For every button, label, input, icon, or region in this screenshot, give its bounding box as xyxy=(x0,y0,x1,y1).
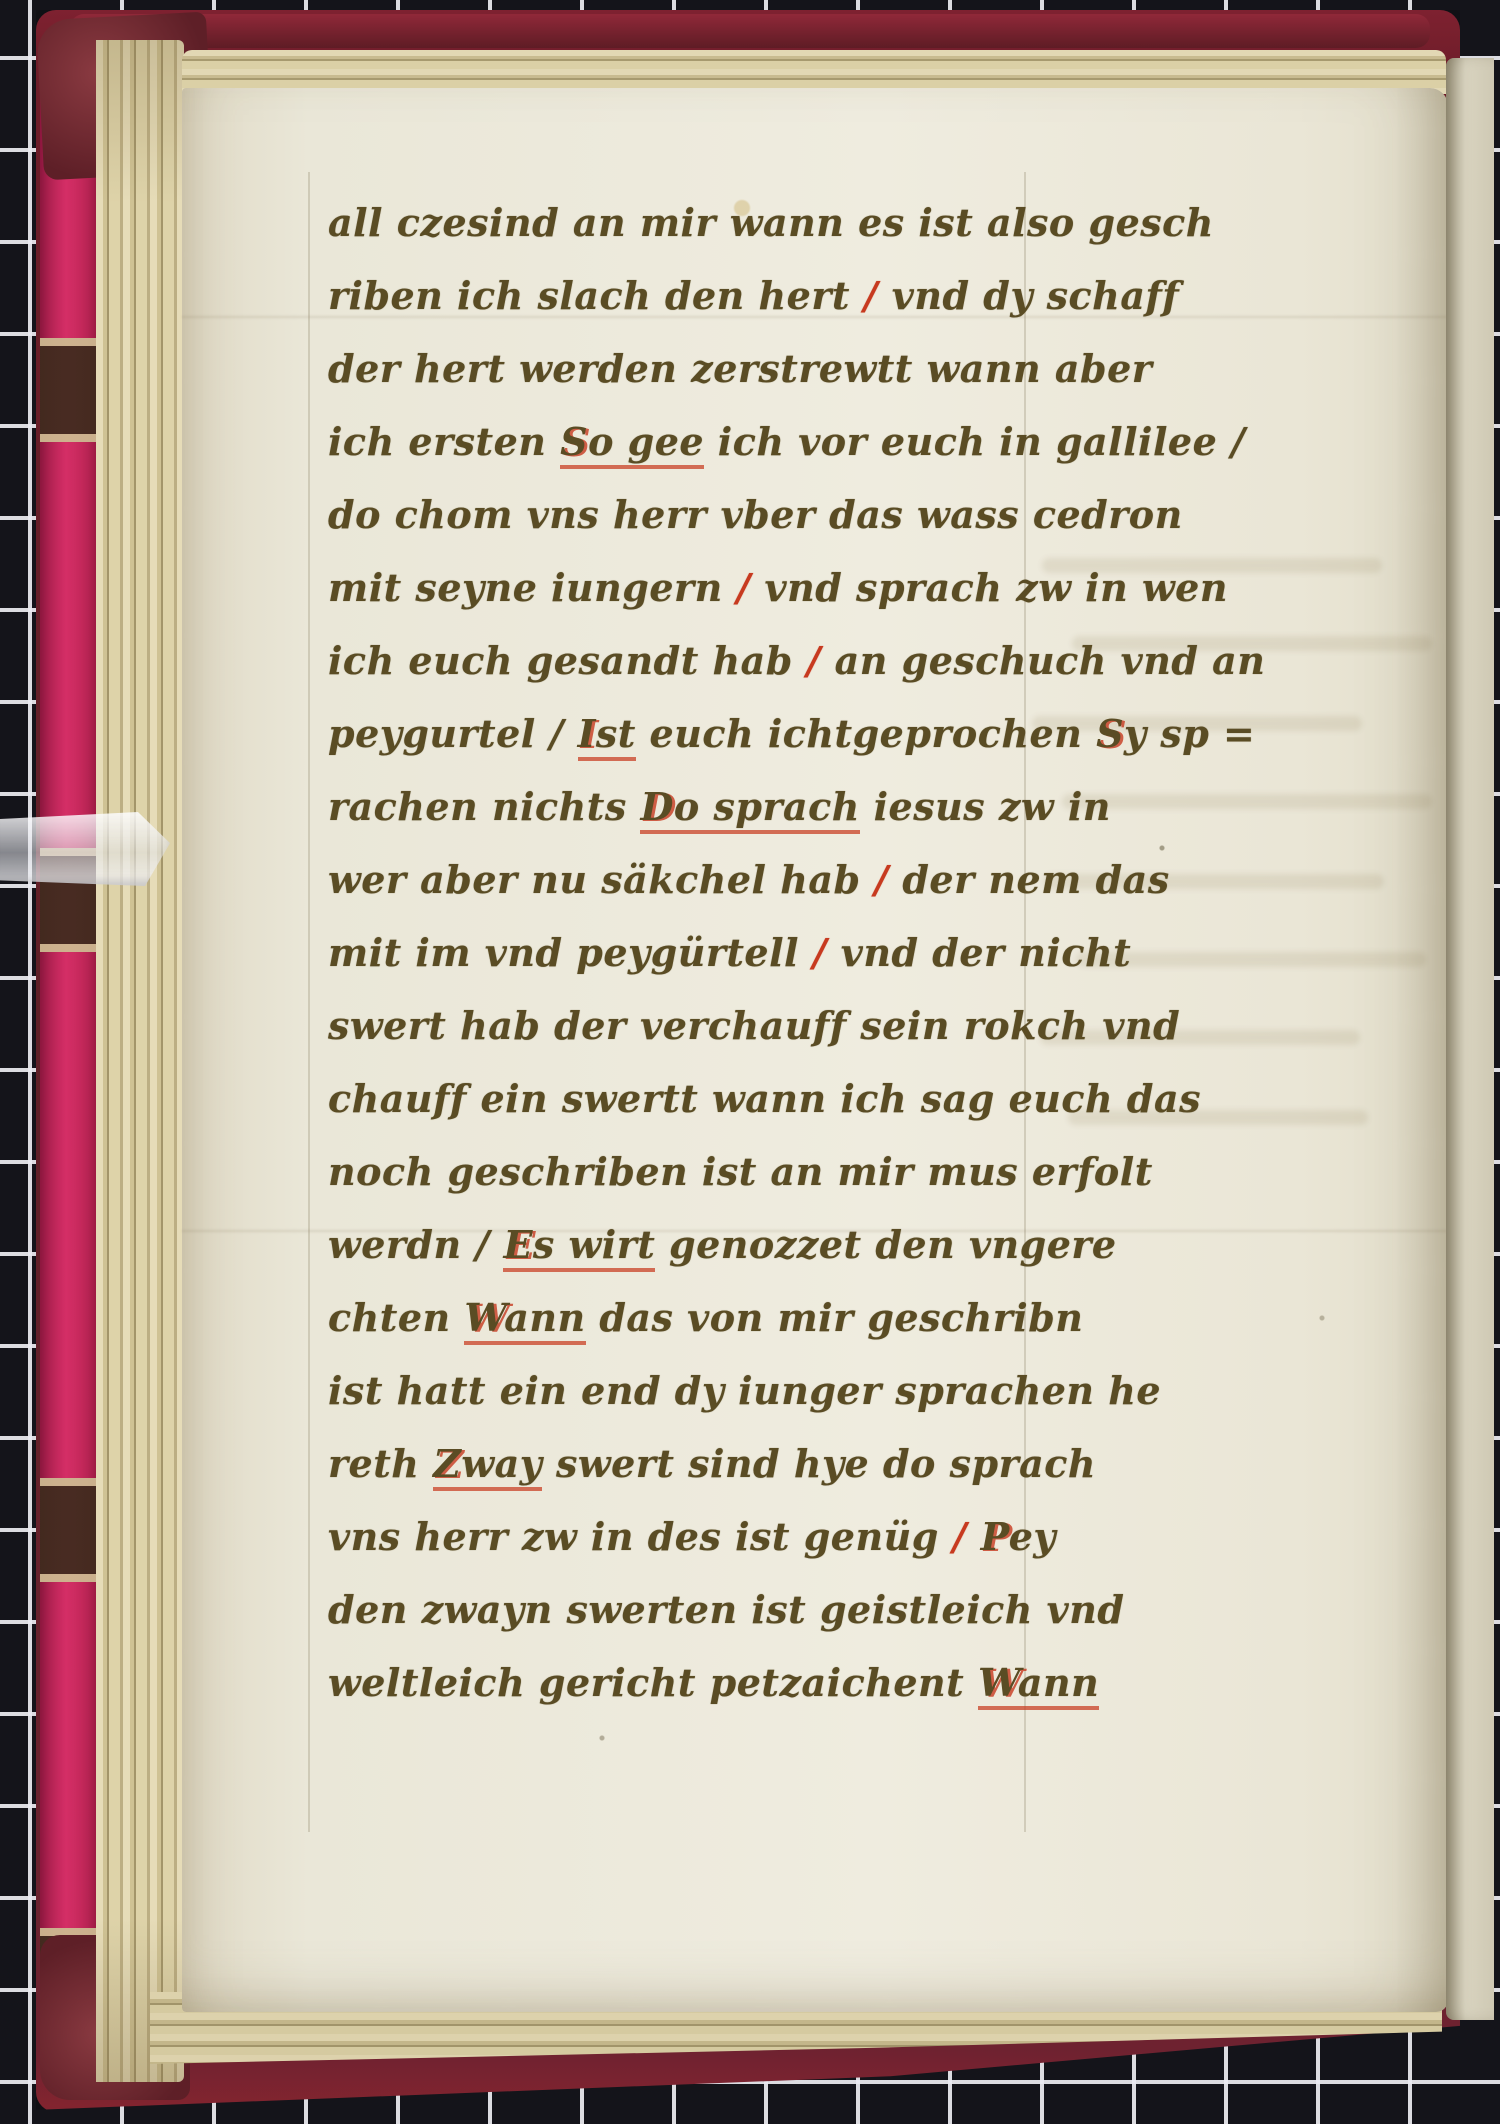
text-segment: iesus zw in xyxy=(860,784,1111,829)
text-segment: way xyxy=(461,1441,542,1491)
manuscript-text-line: ist hatt ein end dy iunger sprachen he xyxy=(328,1354,1058,1427)
text-segment: W xyxy=(978,1660,1018,1710)
manuscript-text-line: mit seyne iungern / vnd sprach zw in wen xyxy=(328,551,1058,624)
book-cover-top-edge xyxy=(70,14,1430,48)
text-segment: / xyxy=(850,273,892,318)
text-segment: werdn / xyxy=(328,1222,503,1267)
text-segment: o sprach xyxy=(674,784,860,834)
manuscript-text-line: riben ich slach den hert / vnd dy schaff xyxy=(328,259,1058,332)
text-segment: riben ich slach den hert xyxy=(328,273,850,318)
manuscript-text-line: ich ersten So gee ich vor euch in gallil… xyxy=(328,405,1058,478)
text-segment: ann xyxy=(504,1295,585,1345)
text-segment: den zwayn swerten ist geistleich vnd xyxy=(328,1587,1124,1632)
text-segment: Z xyxy=(433,1441,461,1491)
text-segment: mit im vnd peygürtell xyxy=(328,930,799,975)
text-segment: vnd dy schaff xyxy=(892,273,1179,318)
manuscript-text-line: den zwayn swerten ist geistleich vnd xyxy=(328,1573,1058,1646)
text-segment: do chom vns herr vber das wass cedron xyxy=(328,492,1183,537)
text-segment: wer aber nu säkchel hab xyxy=(328,857,861,902)
text-segment: s wirt xyxy=(533,1222,655,1272)
spine-raised-band xyxy=(40,338,98,442)
manuscript-text-line: chten Wann das von mir geschribn xyxy=(328,1281,1058,1354)
text-segment: I xyxy=(578,711,596,761)
text-segment: genozzet den vngere xyxy=(655,1222,1116,1267)
text-segment: mit seyne iungern xyxy=(328,565,723,610)
text-segment: / xyxy=(723,565,765,610)
text-segment: swert hab der verchauff sein rokch vnd xyxy=(328,1003,1180,1048)
facing-page-edge xyxy=(1446,58,1494,2020)
manuscript-text-line: reth Zway swert sind hye do sprach xyxy=(328,1427,1058,1500)
text-segment: reth xyxy=(328,1441,433,1486)
text-segment: / xyxy=(799,930,841,975)
text-segment: / xyxy=(861,857,903,902)
text-segment: swert sind hye do sprach xyxy=(542,1441,1096,1486)
manuscript-page: all czesind an mir wann es ist also gesc… xyxy=(182,88,1448,2012)
text-segment: noch geschriben ist an mir mus erfolt xyxy=(328,1149,1153,1194)
text-segment: chten xyxy=(328,1295,464,1340)
text-segment: chauff ein swertt wann ich sag euch das xyxy=(328,1076,1201,1121)
text-block: all czesind an mir wann es ist also gesc… xyxy=(328,186,1058,1719)
text-segment: ich vor euch in gallilee / xyxy=(704,419,1245,464)
photograph: all czesind an mir wann es ist also gesc… xyxy=(0,0,1500,2124)
manuscript-text-line: peygurtel / Ist euch ichtgeprochen Sy sp… xyxy=(328,697,1058,770)
text-segment: st xyxy=(596,711,636,761)
text-segment: / xyxy=(793,638,835,683)
text-segment: ey xyxy=(1009,1514,1056,1559)
manuscript-text-line: weltleich gericht petzaichent Wann xyxy=(328,1646,1058,1719)
book-spine xyxy=(40,48,98,2058)
text-segment: y sp = xyxy=(1124,711,1255,756)
text-segment: W xyxy=(464,1295,504,1345)
text-segment: rachen nichts xyxy=(328,784,640,829)
text-segment: der hert werden zerstrewtt wann aber xyxy=(328,346,1152,391)
manuscript-text-line: wer aber nu säkchel hab / der nem das xyxy=(328,843,1058,916)
manuscript-text-line: mit im vnd peygürtell / vnd der nicht xyxy=(328,916,1058,989)
text-segment: ann xyxy=(1018,1660,1099,1710)
manuscript-text-line: der hert werden zerstrewtt wann aber xyxy=(328,332,1058,405)
text-segment: ich ersten xyxy=(328,419,560,464)
text-segment: ist hatt ein end dy iunger sprachen he xyxy=(328,1368,1161,1413)
manuscript-text-line: do chom vns herr vber das wass cedron xyxy=(328,478,1058,551)
text-segment: P xyxy=(981,1514,1009,1559)
manuscript-text-line: ich euch gesandt hab / an geschuch vnd a… xyxy=(328,624,1058,697)
manuscript-text-line: werdn / Es wirt genozzet den vngere xyxy=(328,1208,1058,1281)
text-segment: das von mir geschribn xyxy=(586,1295,1084,1340)
text-segment: vnd der nicht xyxy=(841,930,1131,975)
manuscript-text-line: swert hab der verchauff sein rokch vnd xyxy=(328,989,1058,1062)
spine-raised-band xyxy=(40,1478,98,1582)
text-segment: vns herr zw in des ist genüg xyxy=(328,1514,939,1559)
text-segment: o gee xyxy=(588,419,704,469)
manuscript-text-line: rachen nichts Do sprach iesus zw in xyxy=(328,770,1058,843)
text-segment: euch ichtgeprochen xyxy=(636,711,1096,756)
text-segment: S xyxy=(560,419,588,469)
text-segment: D xyxy=(640,784,673,834)
text-segment: an geschuch vnd an xyxy=(835,638,1266,683)
text-segment: vnd sprach zw in wen xyxy=(765,565,1228,610)
text-segment: S xyxy=(1096,711,1124,756)
text-segment: / xyxy=(939,1514,981,1559)
manuscript-text-line: noch geschriben ist an mir mus erfolt xyxy=(328,1135,1058,1208)
conservation-clip xyxy=(0,812,170,886)
ruling-line xyxy=(308,172,310,1832)
manuscript-text-line: all czesind an mir wann es ist also gesc… xyxy=(328,186,1058,259)
text-segment: all czesind an mir wann es ist also gesc… xyxy=(328,200,1214,245)
page-edge-stack xyxy=(96,40,184,2082)
text-segment: weltleich gericht petzaichent xyxy=(328,1660,978,1705)
text-segment: peygurtel / xyxy=(328,711,578,756)
text-segment: der nem das xyxy=(902,857,1169,902)
text-segment: E xyxy=(503,1222,532,1272)
manuscript-text-line: vns herr zw in des ist genüg / Pey xyxy=(328,1500,1058,1573)
text-segment: ich euch gesandt hab xyxy=(328,638,793,683)
manuscript-text-line: chauff ein swertt wann ich sag euch das xyxy=(328,1062,1058,1135)
